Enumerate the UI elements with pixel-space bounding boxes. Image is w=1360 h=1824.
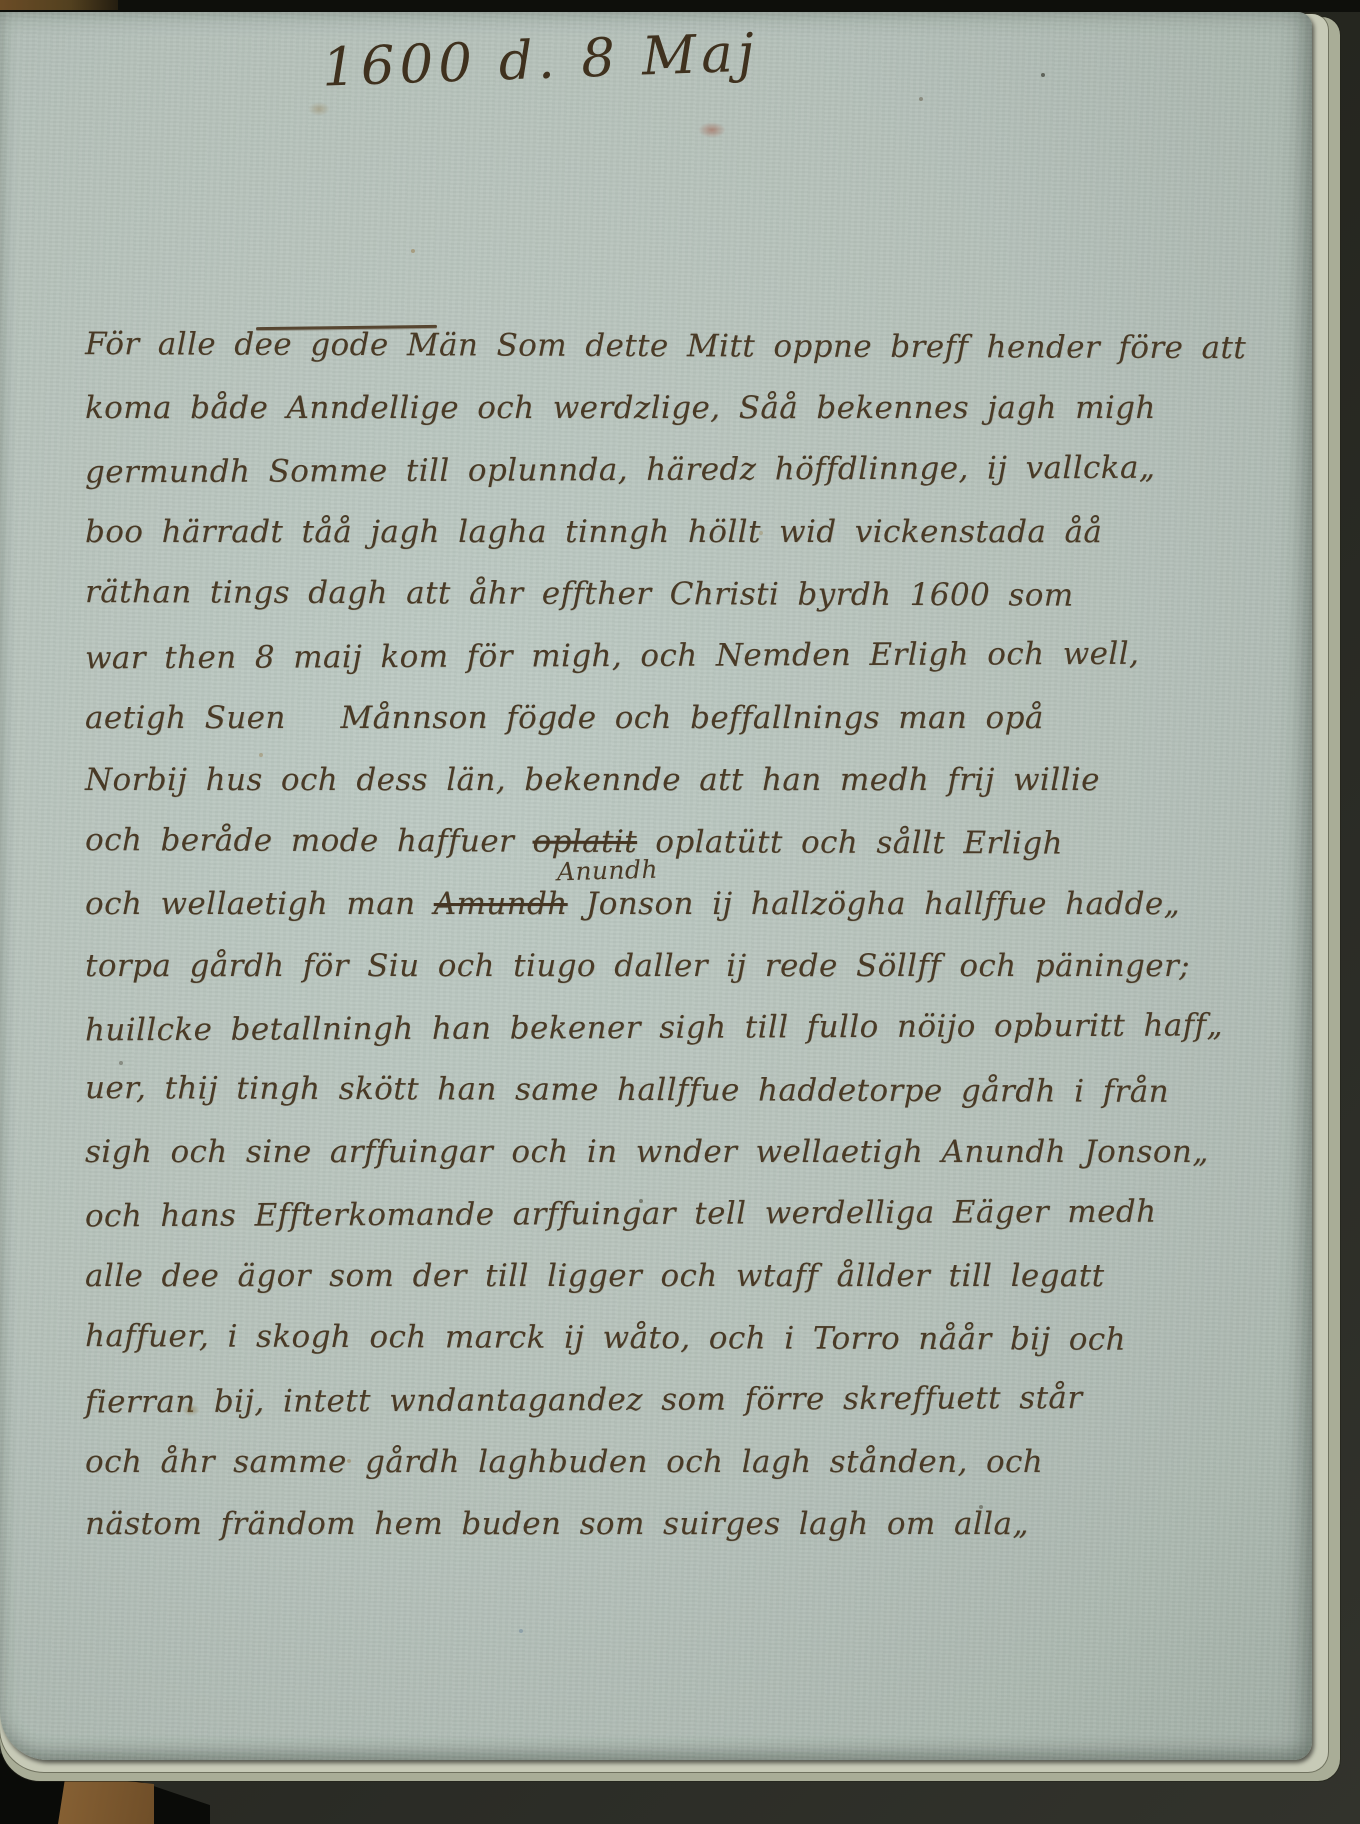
manuscript-line: och hans Effterkomande arffuingar tell w…: [85, 1194, 1175, 1261]
manuscript-line: haffuer, i skogh och marck ij wåto, och …: [85, 1318, 1175, 1384]
interlinear-insertion-word: Anundh: [557, 855, 659, 887]
line-segment: Jonson ij hallzögha hallffue hadde„: [568, 886, 1180, 922]
tan-paper-stain: [308, 102, 330, 116]
manuscript-line: torpa gårdh för Siu och tiugo daller ij …: [85, 948, 1175, 1010]
manuscript-line: sigh och sine arffuingar och in wnder we…: [85, 1134, 1175, 1196]
line-segment: och wellaetigh man: [85, 886, 434, 922]
line-segment: och beråde mode haffuer: [85, 822, 533, 860]
struck-word: oplatit: [532, 824, 637, 860]
manuscript-line: fierran bij, intett wndantagandez som fö…: [85, 1380, 1175, 1447]
manuscript-line: och åhr samme gårdh laghbuden och lagh s…: [85, 1444, 1175, 1506]
struck-word: Amundh: [434, 886, 568, 922]
manuscript-line: koma både Anndellige och werdzlige, Såå …: [85, 390, 1175, 452]
manuscript-scan: 1600 d. 8 Maj För alle dee gode Män Som …: [0, 0, 1360, 1824]
manuscript-line: huillcke betallningh han bekener sigh ti…: [85, 1008, 1175, 1075]
manuscript-line: räthan tings dagh att åhr effther Christ…: [85, 574, 1175, 640]
manuscript-line: aetigh Suen Månnson fögde och beffallnin…: [85, 700, 1175, 762]
manuscript-text-block: För alle dee gode Män Som dette Mitt opp…: [85, 328, 1175, 1568]
line-segment: oplatütt och sållt Erligh: [637, 824, 1063, 861]
manuscript-line: nästom frändom hem buden som suirges lag…: [85, 1506, 1175, 1568]
manuscript-line: Norbij hus och dess län, bekennde att ha…: [85, 762, 1175, 824]
manuscript-line: germundh Somme till oplunnda, häredz höf…: [85, 450, 1175, 517]
binding-wood-sliver: [0, 0, 118, 10]
manuscript-line-with-correction: och wellaetigh man Amundh Jonson ij hall…: [85, 886, 1175, 948]
page-heading-date: 1600 d. 8 Maj: [321, 22, 760, 98]
manuscript-line: war then 8 maij kom för migh, och Nemden…: [85, 636, 1175, 703]
scan-top-edge: [0, 0, 1360, 12]
manuscript-line: alle dee ägor som der till ligger och wt…: [85, 1258, 1175, 1320]
manuscript-line: För alle dee gode Män Som dette Mitt opp…: [85, 326, 1175, 392]
manuscript-line: uer, thij tingh skött han same hallffue …: [85, 1070, 1175, 1136]
red-ink-stain: [698, 122, 726, 138]
paper-specks: [0, 12, 2, 14]
manuscript-page: 1600 d. 8 Maj För alle dee gode Män Som …: [0, 12, 1312, 1760]
manuscript-line: boo härradt tåå jagh lagha tinngh höllt …: [85, 514, 1175, 576]
